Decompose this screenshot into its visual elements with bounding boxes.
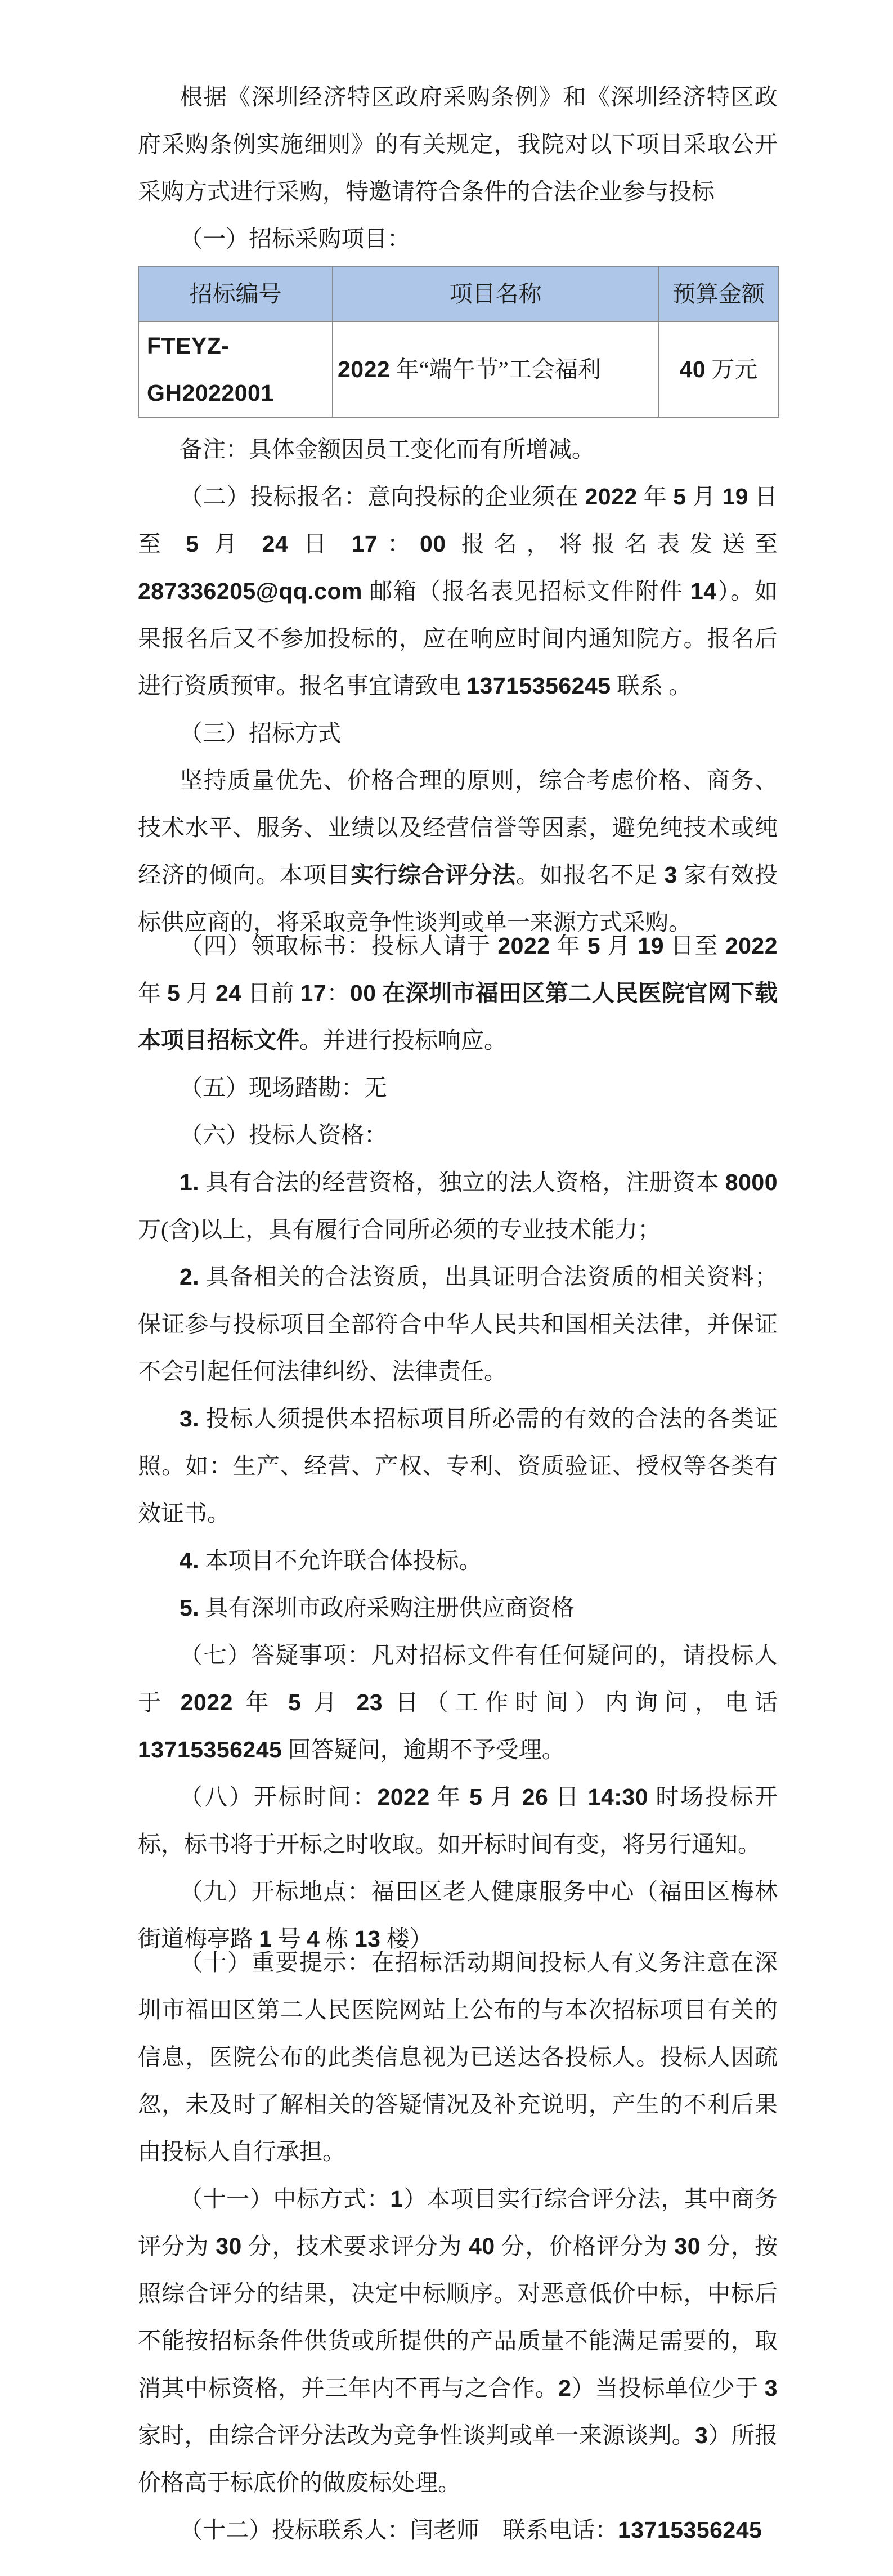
section-10: （十）重要提示：在招标活动期间投标人有义务注意在深圳市福田区第二人民医院网站上公…	[138, 1939, 778, 2175]
cell-tender-number: FTEYZ- GH2022001	[138, 321, 333, 417]
header-cell-tender-number: 招标编号	[138, 266, 333, 321]
cell-budget: 40 万元	[658, 321, 779, 417]
procurement-table: 招标编号 项目名称 预算金额 FTEYZ- GH2022001 2022 年“端…	[138, 266, 779, 418]
section-6-heading: （六）投标人资格：	[138, 1111, 778, 1159]
header-cell-budget: 预算金额	[658, 266, 779, 321]
section-2: （二）投标报名：意向投标的企业须在 2022 年 5 月 19 日至 5 月 2…	[138, 473, 778, 709]
section-12: （十二）投标联系人：闫老师 联系电话：13715356245	[138, 2506, 778, 2553]
section-3-body: 坚持质量优先、价格合理的原则，综合考虑价格、商务、技术水平、服务、业绩以及经营信…	[138, 757, 778, 946]
qualification-3: 3. 投标人须提供本招标项目所必需的有效的合法的各类证照。如：生产、经营、产权、…	[138, 1395, 778, 1537]
qualification-4: 4. 本项目不允许联合体投标。	[138, 1537, 778, 1584]
cell-project-name: 2022 年“端午节”工会福利	[333, 321, 658, 417]
section-8: （八）开标时间：2022 年 5 月 26 日 14:30 时场投标开标，标书将…	[138, 1773, 778, 1868]
section-7: （七）答疑事项：凡对招标文件有任何疑问的，请投标人于 2022 年 5 月 23…	[138, 1631, 778, 1773]
table-header-row: 招标编号 项目名称 预算金额	[138, 266, 779, 321]
document-body-pre-table: 根据《深圳经济特区政府采购条例》和《深圳经济特区政府采购条例实施细则》的有关规定…	[138, 73, 778, 262]
section-11: （十一）中标方式：1）本项目实行综合评分法，其中商务评分为 30 分，技术要求评…	[138, 2175, 778, 2506]
tender-announcement-page: 根据《深圳经济特区政府采购条例》和《深圳经济特区政府采购条例实施细则》的有关规定…	[0, 0, 893, 2576]
qualification-1: 1. 具有合法的经营资格，独立的法人资格，注册资本 8000 万(含)以上，具有…	[138, 1159, 778, 1253]
section-5: （五）现场踏勘：无	[138, 1064, 778, 1111]
section-1-heading: （一）招标采购项目：	[138, 215, 778, 262]
section-3-heading: （三）招标方式	[138, 709, 778, 757]
procurement-table-body: FTEYZ- GH2022001 2022 年“端午节”工会福利 40 万元	[138, 321, 779, 417]
table-note: 备注：具体金额因员工变化而有所增减。	[138, 426, 778, 473]
header-cell-project-name: 项目名称	[333, 266, 658, 321]
table-row: FTEYZ- GH2022001 2022 年“端午节”工会福利 40 万元	[138, 321, 779, 417]
qualification-2: 2. 具备相关的合法资质，出具证明合法资质的相关资料；保证参与投标项目全部符合中…	[138, 1253, 778, 1395]
section-4: （四）领取标书：投标人请于 2022 年 5 月 19 日至 2022 年 5 …	[138, 922, 778, 1064]
qualification-5: 5. 具有深圳市政府采购注册供应商资格	[138, 1584, 778, 1631]
document-body-post-table: 备注：具体金额因员工变化而有所增减。（二）投标报名：意向投标的企业须在 2022…	[138, 426, 778, 2553]
procurement-table-header: 招标编号 项目名称 预算金额	[138, 266, 779, 321]
intro-paragraph: 根据《深圳经济特区政府采购条例》和《深圳经济特区政府采购条例实施细则》的有关规定…	[138, 73, 778, 215]
